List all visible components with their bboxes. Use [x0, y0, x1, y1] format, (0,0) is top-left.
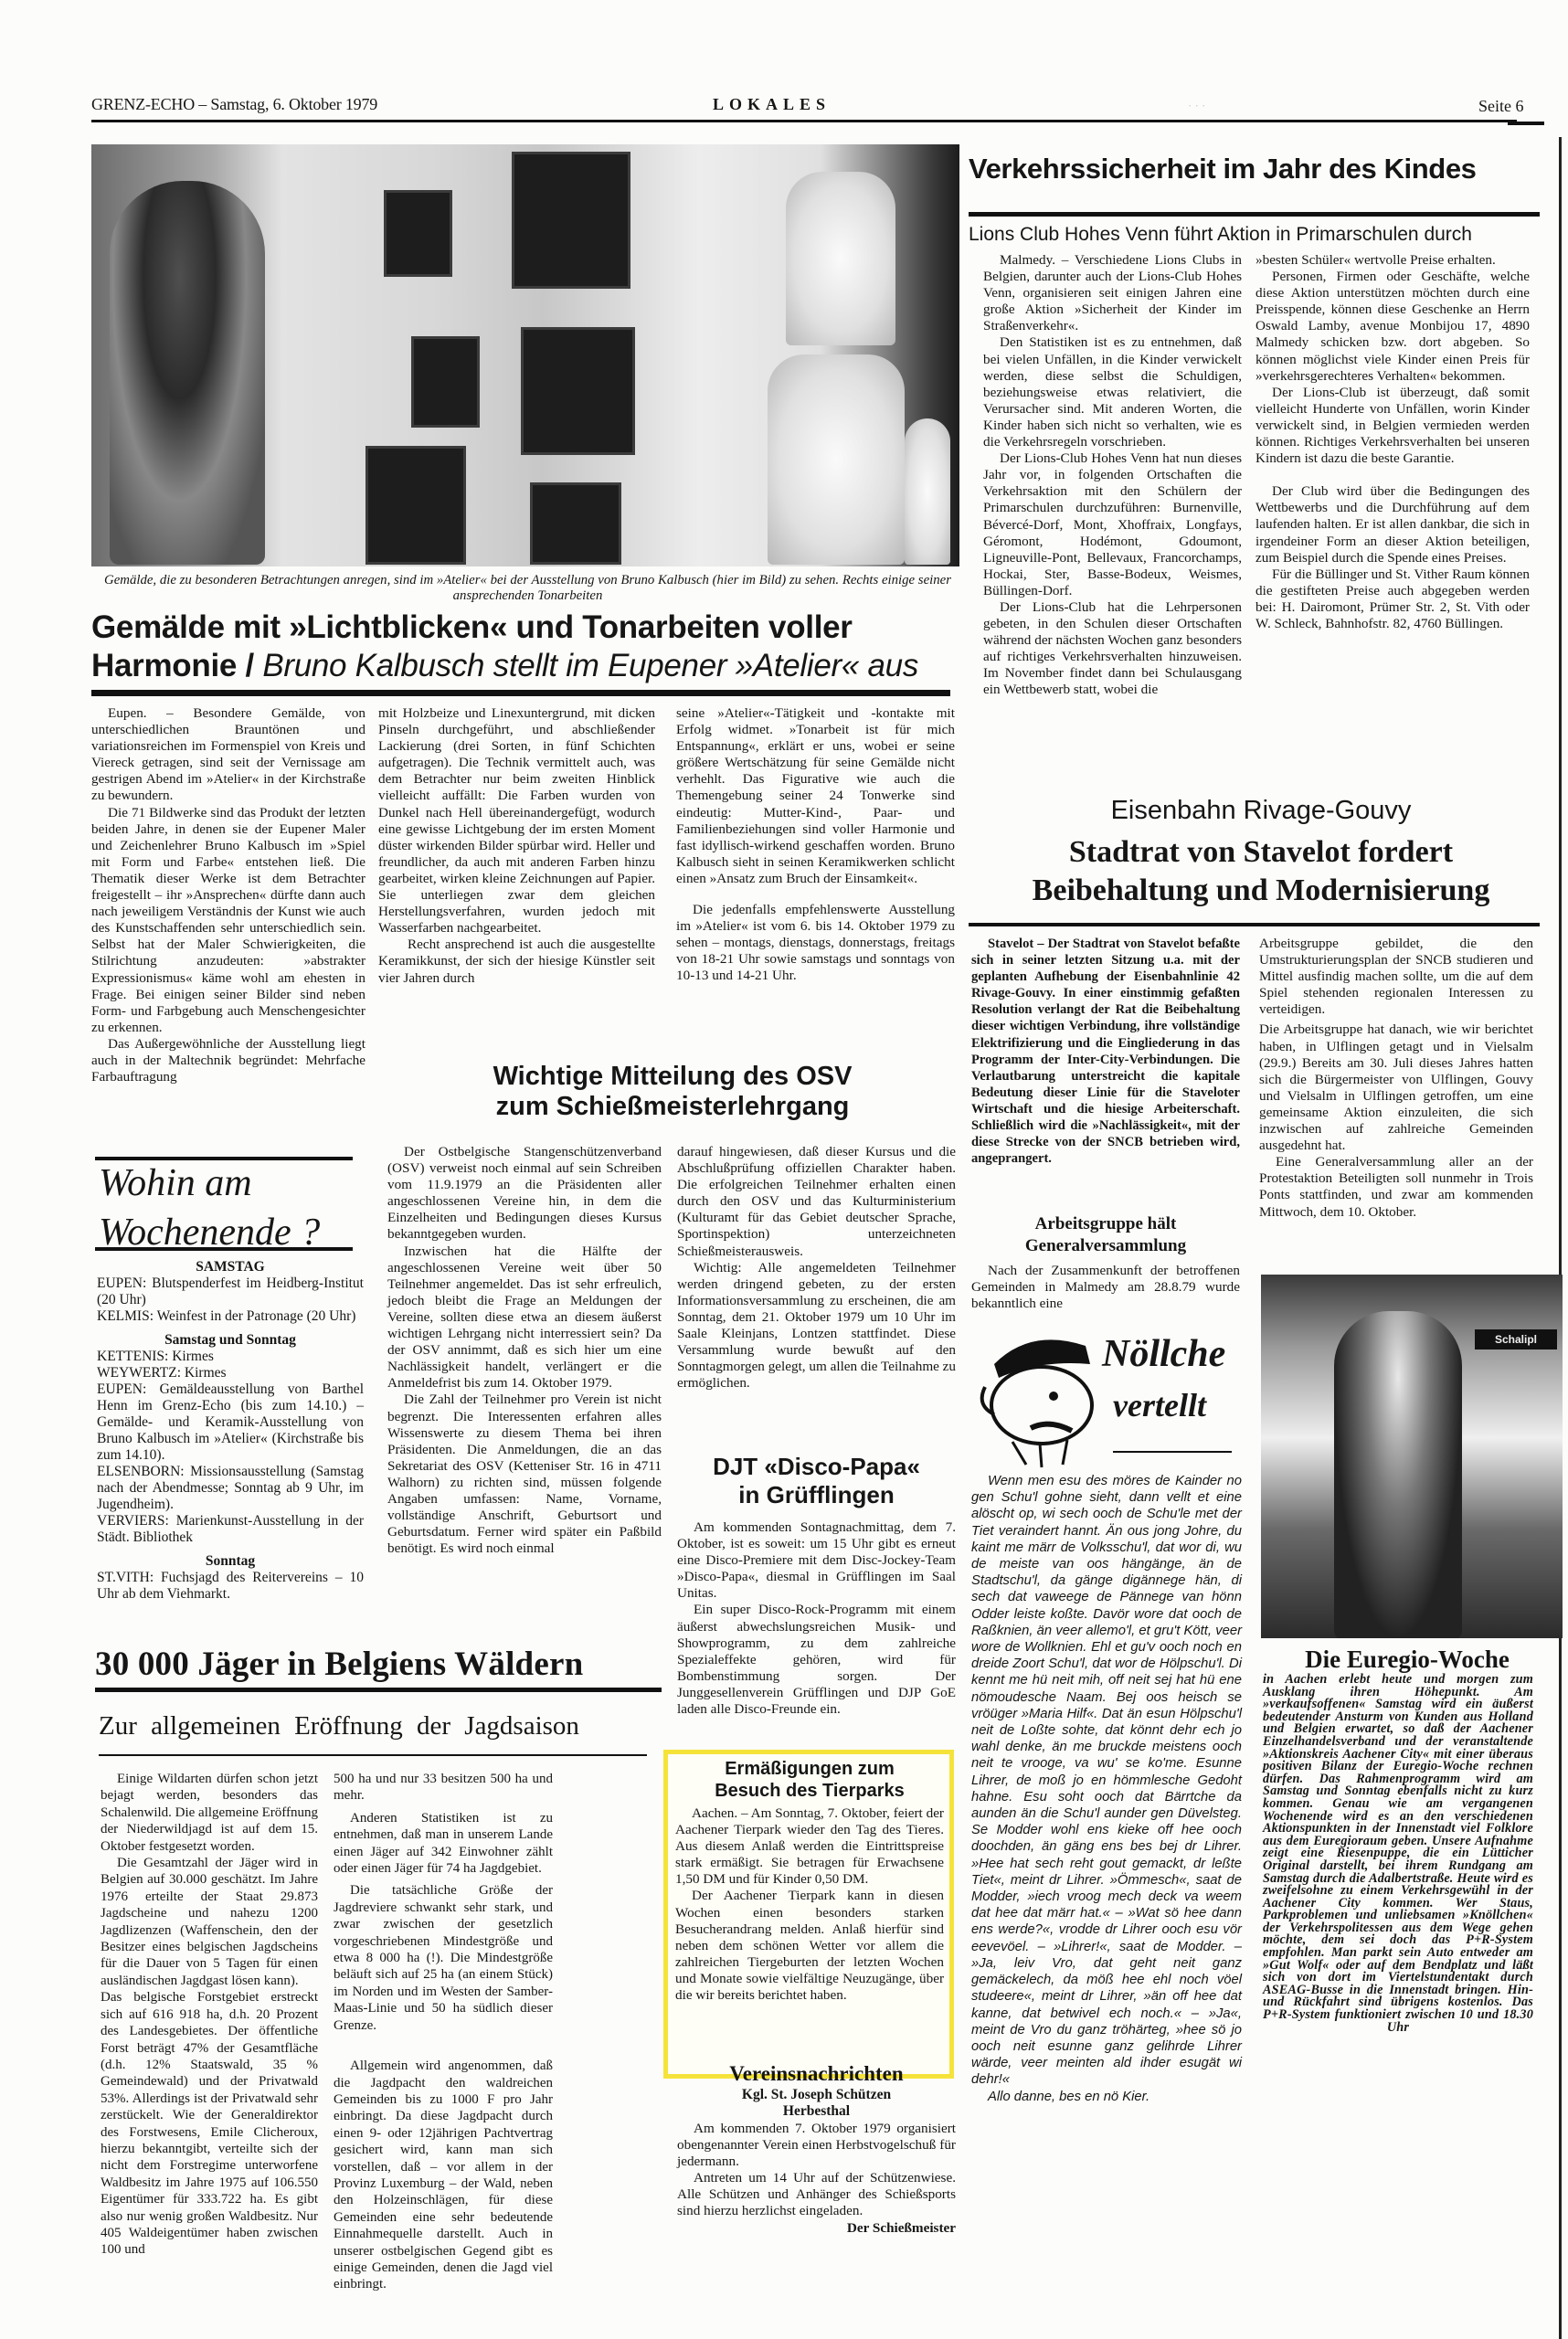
- agenda-item: KETTENIS: Kirmes: [97, 1349, 364, 1365]
- article-paragraph: Eupen. – Besondere Gemälde, von untersch…: [91, 705, 366, 805]
- tierpark-box: Ermäßigungen zum Besuch des Tierparks Aa…: [663, 1750, 954, 2079]
- header-rule-end: [1508, 122, 1544, 125]
- article-paragraph: mit Holzbeize und Linexuntergrund, mit d…: [378, 705, 655, 937]
- kalbusch-headline-line2: Harmonie /: [91, 648, 262, 683]
- verein-subheadline: Kgl. St. Joseph Schützen: [677, 2087, 956, 2103]
- cartoon-face-icon: [976, 1323, 1113, 1469]
- article-paragraph: Einige Wildarten dürfen schon jetzt beja…: [101, 1771, 318, 1855]
- agenda-item: KELMIS: Weinfest in der Patronage (20 Uh…: [97, 1308, 364, 1325]
- article-paragraph: Das belgische Forstgebiet erstreckt sich…: [101, 1989, 318, 2259]
- article-paragraph: Die jedenfalls empfehlenswerte Ausstellu…: [676, 902, 955, 984]
- disco-headline-line1: DJT «Disco-Papa«: [677, 1453, 956, 1481]
- page-edge-rule: [1559, 137, 1562, 2339]
- stavelot-subhead: Arbeitsgruppe hält Generalversammlung: [971, 1213, 1240, 1257]
- article-paragraph: Der Lions-Club ist überzeugt, daß somit …: [1255, 385, 1530, 467]
- jaeger-subrule: [99, 1754, 647, 1756]
- kalbusch-headline: Gemälde mit »Lichtblicken« und Tonarbeit…: [91, 609, 969, 685]
- article-paragraph: »besten Schüler« wertvolle Preise erhalt…: [1255, 252, 1530, 269]
- agenda-day-heading: SAMSTAG: [97, 1259, 364, 1275]
- stavelot-lead-paragraph: Stavelot – Der Stadtrat von Stavelot bef…: [971, 936, 1240, 1167]
- stavelot-headline-line1: Stadtrat von Stavelot fordert: [969, 833, 1553, 872]
- lions-col1: Malmedy. – Verschiedene Lions Clubs in B…: [983, 252, 1242, 699]
- kalbusch-col3: seine »Atelier«-Tätigkeit und -kontakte …: [676, 705, 955, 985]
- cartoon-underline: [1113, 1451, 1232, 1453]
- wohin-title: Wohin am Wochenende ?: [99, 1159, 364, 1257]
- agenda-item: ELSENBORN: Missionsausstellung (Samstag …: [97, 1464, 364, 1513]
- noellche-body: Wenn men esu des möres de Kainder no gen…: [971, 1473, 1242, 2105]
- kalbusch-col1: Eupen. – Besondere Gemälde, von untersch…: [91, 705, 366, 1085]
- article-paragraph: Arbeitsgruppe gebildet, die den Umstrukt…: [1259, 936, 1533, 1018]
- article-paragraph: Die Gesamtzahl der Jäger wird in Belgien…: [101, 1855, 318, 1989]
- agenda-item: VERVIERS: Marienkunst-Ausstellung in der…: [97, 1513, 364, 1546]
- agenda-day-heading: Samstag und Sonntag: [97, 1332, 364, 1349]
- article-paragraph: Am kommenden Sontagnachmittag, dem 7. Ok…: [677, 1519, 956, 1602]
- article-paragraph: seine »Atelier«-Tätigkeit und -kontakte …: [676, 705, 955, 887]
- jaeger-col1: Einige Wildarten dürfen schon jetzt beja…: [101, 1771, 318, 2259]
- article-paragraph: Antreten um 14 Uhr auf der Schützenwiese…: [677, 2170, 956, 2219]
- article-paragraph: Recht ansprechend ist auch die ausgestel…: [378, 937, 655, 986]
- agenda-item: EUPEN: Gemäldeausstellung von Barthel He…: [97, 1381, 364, 1464]
- verein-headline: Vereinsnachrichten: [677, 2061, 956, 2087]
- photo-sculpture: [786, 172, 895, 345]
- osv-headline-line2: zum Schießmeisterlehrgang: [380, 1092, 965, 1122]
- article-paragraph: Ein super Disco-Rock-Programm mit einem …: [677, 1602, 956, 1718]
- article-paragraph: Anderen Statistiken ist zu entnehmen, da…: [334, 1810, 553, 1878]
- lions-subheadline: Lions Club Hohes Venn führt Aktion in Pr…: [969, 223, 1553, 247]
- euregio-headline: Die Euregio-Woche: [1261, 1645, 1553, 1674]
- article-paragraph: Nach der Zusammenkunft der betroffenen G…: [971, 1263, 1240, 1312]
- photo-painting: [411, 336, 480, 428]
- photo-shop-sign: Schalipl: [1475, 1329, 1557, 1349]
- agenda-item: WEYWERTZ: Kirmes: [97, 1365, 364, 1381]
- article-paragraph: Wenn men esu des möres de Kainder no gen…: [971, 1473, 1242, 2089]
- lions-headline: Verkehrssicherheit im Jahr des Kindes: [969, 152, 1553, 186]
- article-paragraph: Der Lions-Club hat die Lehrpersonen gebe…: [983, 599, 1242, 699]
- jaeger-subheadline: Zur allgemeinen Eröffnung der Jagdsaison: [99, 1710, 665, 1741]
- kalbusch-col2: mit Holzbeize und Linexuntergrund, mit d…: [378, 705, 655, 987]
- photo-painting: [512, 152, 630, 289]
- photo-giant-puppet: [1334, 1311, 1462, 1638]
- article-paragraph: Die Arbeitsgruppe hat danach, wie wir be…: [1259, 1021, 1533, 1154]
- euregio-body: in Aachen erlebt heute und morgen zum Au…: [1263, 1674, 1533, 2034]
- article-paragraph: Der Lions-Club Hohes Venn hat nun dieses…: [983, 450, 1242, 599]
- article-paragraph: Inzwischen hat die Hälfte der angeschlos…: [387, 1244, 662, 1392]
- header-rule: [91, 120, 1517, 122]
- photo-painting: [384, 190, 452, 277]
- stavelot-headline: Stadtrat von Stavelot fordert Beibehaltu…: [969, 833, 1553, 910]
- jaeger-col2: 500 ha und nur 33 besitzen 500 ha und me…: [334, 1771, 553, 2293]
- stavelot-col1-after: Nach der Zusammenkunft der betroffenen G…: [971, 1263, 1240, 1312]
- article-paragraph: Malmedy. – Verschiedene Lions Clubs in B…: [983, 252, 1242, 334]
- article-paragraph: darauf hingewiesen, daß dieser Kursus un…: [677, 1144, 956, 1260]
- jaeger-headline: 30 000 Jäger in Belgiens Wäldern: [95, 1645, 680, 1685]
- article-paragraph: Allgemein wird angenommen, daß die Jagdp…: [334, 2058, 553, 2293]
- kalbusch-rule: [91, 690, 950, 696]
- article-paragraph: Der Club wird über die Bedingungen des W…: [1255, 483, 1530, 566]
- stavelot-headline-line2: Beibehaltung und Modernisierung: [969, 872, 1553, 910]
- photo-sculpture: [768, 355, 905, 565]
- stavelot-subhead-line1: Arbeitsgruppe hält: [971, 1213, 1240, 1235]
- stavelot-subhead-line2: Generalversammlung: [971, 1235, 1240, 1257]
- kalbusch-headline-italic: Bruno Kalbusch stellt im Eupener »Atelie…: [262, 648, 918, 683]
- disco-headline-line2: in Grüfflingen: [677, 1481, 956, 1509]
- noellche-cartoon: Nöllche vertellt: [976, 1323, 1241, 1469]
- lions-col2: »besten Schüler« wertvolle Preise erhalt…: [1255, 252, 1530, 632]
- article-paragraph: Aachen. – Am Sonntag, 7. Oktober, feiert…: [675, 1805, 944, 1888]
- photo-painting: [521, 327, 635, 455]
- article-paragraph: Die tatsächliche Größe der Jagdreviere s…: [334, 1882, 553, 2034]
- masthead-faint-text: · · ·: [1188, 99, 1206, 113]
- article-paragraph: 500 ha und nur 33 besitzen 500 ha und me…: [334, 1771, 553, 1805]
- photo-painting: [366, 446, 466, 565]
- stavelot-rule: [969, 923, 1540, 926]
- article-paragraph: Personen, Firmen oder Geschäfte, welche …: [1255, 269, 1530, 385]
- euregio-photo: Schalipl: [1261, 1275, 1563, 1638]
- verein-signature: Der Schießmeister: [677, 2220, 956, 2237]
- agenda-item: EUPEN: Blutspenderfest im Heidberg-Insti…: [97, 1275, 364, 1308]
- osv-headline: Wichtige Mitteilung des OSV zum Schießme…: [380, 1062, 965, 1122]
- masthead-date: GRENZ-ECHO – Samstag, 6. Oktober 1979: [91, 95, 377, 114]
- page-number: Seite 6: [1478, 97, 1524, 116]
- article-paragraph: in Aachen erlebt heute und morgen zum Au…: [1263, 1674, 1533, 2034]
- stavelot-col2: Arbeitsgruppe gebildet, die den Umstrukt…: [1259, 936, 1533, 1221]
- article-paragraph: Eine Generalversammlung aller an der Pro…: [1259, 1154, 1533, 1220]
- noellche-title-2: vertellt: [1113, 1387, 1206, 1424]
- article-paragraph: Am kommenden 7. Oktober 1979 organisiert…: [677, 2121, 956, 2170]
- wohin-title-line1: Wohin am: [99, 1159, 364, 1208]
- exhibition-photo: [91, 144, 959, 566]
- verein-subheadline-place: Herbesthal: [677, 2103, 956, 2120]
- verein-block: Vereinsnachrichten Kgl. St. Joseph Schüt…: [677, 2061, 956, 2120]
- article-paragraph: Allo danne, bes en nö Kier.: [971, 2089, 1242, 2105]
- photo-sculpture: [905, 418, 950, 565]
- disco-body: Am kommenden Sontagnachmittag, dem 7. Ok…: [677, 1519, 956, 1718]
- photo-caption: Gemälde, die zu besonderen Betrachtungen…: [91, 573, 964, 604]
- stavelot-lead: Stavelot – Der Stadtrat von Stavelot bef…: [971, 936, 1240, 1167]
- article-paragraph: Für die Büllinger und St. Vither Raum kö…: [1255, 566, 1530, 632]
- osv-headline-line1: Wichtige Mitteilung des OSV: [380, 1062, 965, 1092]
- tierpark-body: Aachen. – Am Sonntag, 7. Oktober, feiert…: [675, 1805, 944, 2004]
- osv-col1: Der Ostbelgische Stangenschützenverband …: [387, 1144, 662, 1557]
- article-paragraph: Die Zahl der Teilnehmer pro Verein ist n…: [387, 1392, 662, 1557]
- noellche-title-1: Nöllche: [1102, 1334, 1225, 1374]
- section-title: LOKALES: [713, 95, 831, 114]
- article-paragraph: Wichtig: Alle angemeldeten Teilnehmer we…: [677, 1260, 956, 1392]
- tierpark-headline: Ermäßigungen zum Besuch des Tierparks: [675, 1758, 944, 1802]
- agenda-day-heading: Sonntag: [97, 1553, 364, 1570]
- jaeger-rule: [95, 1688, 662, 1692]
- article-paragraph: Der Ostbelgische Stangenschützenverband …: [387, 1144, 662, 1244]
- photo-artist-figure: [110, 181, 265, 565]
- article-paragraph: Die 71 Bildwerke sind das Produkt der le…: [91, 805, 366, 1036]
- disco-headline: DJT «Disco-Papa« in Grüfflingen: [677, 1453, 956, 1509]
- osv-col2: darauf hingewiesen, daß dieser Kursus un…: [677, 1144, 956, 1392]
- wohin-rule-bottom: [95, 1247, 353, 1251]
- photo-painting: [530, 482, 621, 565]
- article-paragraph: Das Außergewöhnliche der Ausstellung lie…: [91, 1036, 366, 1085]
- wohin-agenda: SAMSTAG EUPEN: Blutspenderfest im Heidbe…: [97, 1255, 364, 1603]
- tierpark-headline-line1: Ermäßigungen zum: [675, 1758, 944, 1780]
- article-paragraph: Den Statistiken ist es zu entnehmen, daß…: [983, 334, 1242, 450]
- agenda-item: ST.VITH: Fuchsjagd des Reitervereins – 1…: [97, 1570, 364, 1603]
- article-paragraph: Der Aachener Tierpark kann in diesen Woc…: [675, 1888, 944, 2004]
- stavelot-kicker: Eisenbahn Rivage-Gouvy: [969, 795, 1553, 826]
- kalbusch-headline-line1: Gemälde mit »Lichtblicken« und Tonarbeit…: [91, 609, 969, 647]
- lions-rule: [969, 212, 1540, 217]
- tierpark-headline-line2: Besuch des Tierparks: [675, 1780, 944, 1802]
- verein-body: Am kommenden 7. Oktober 1979 organisiert…: [677, 2121, 956, 2237]
